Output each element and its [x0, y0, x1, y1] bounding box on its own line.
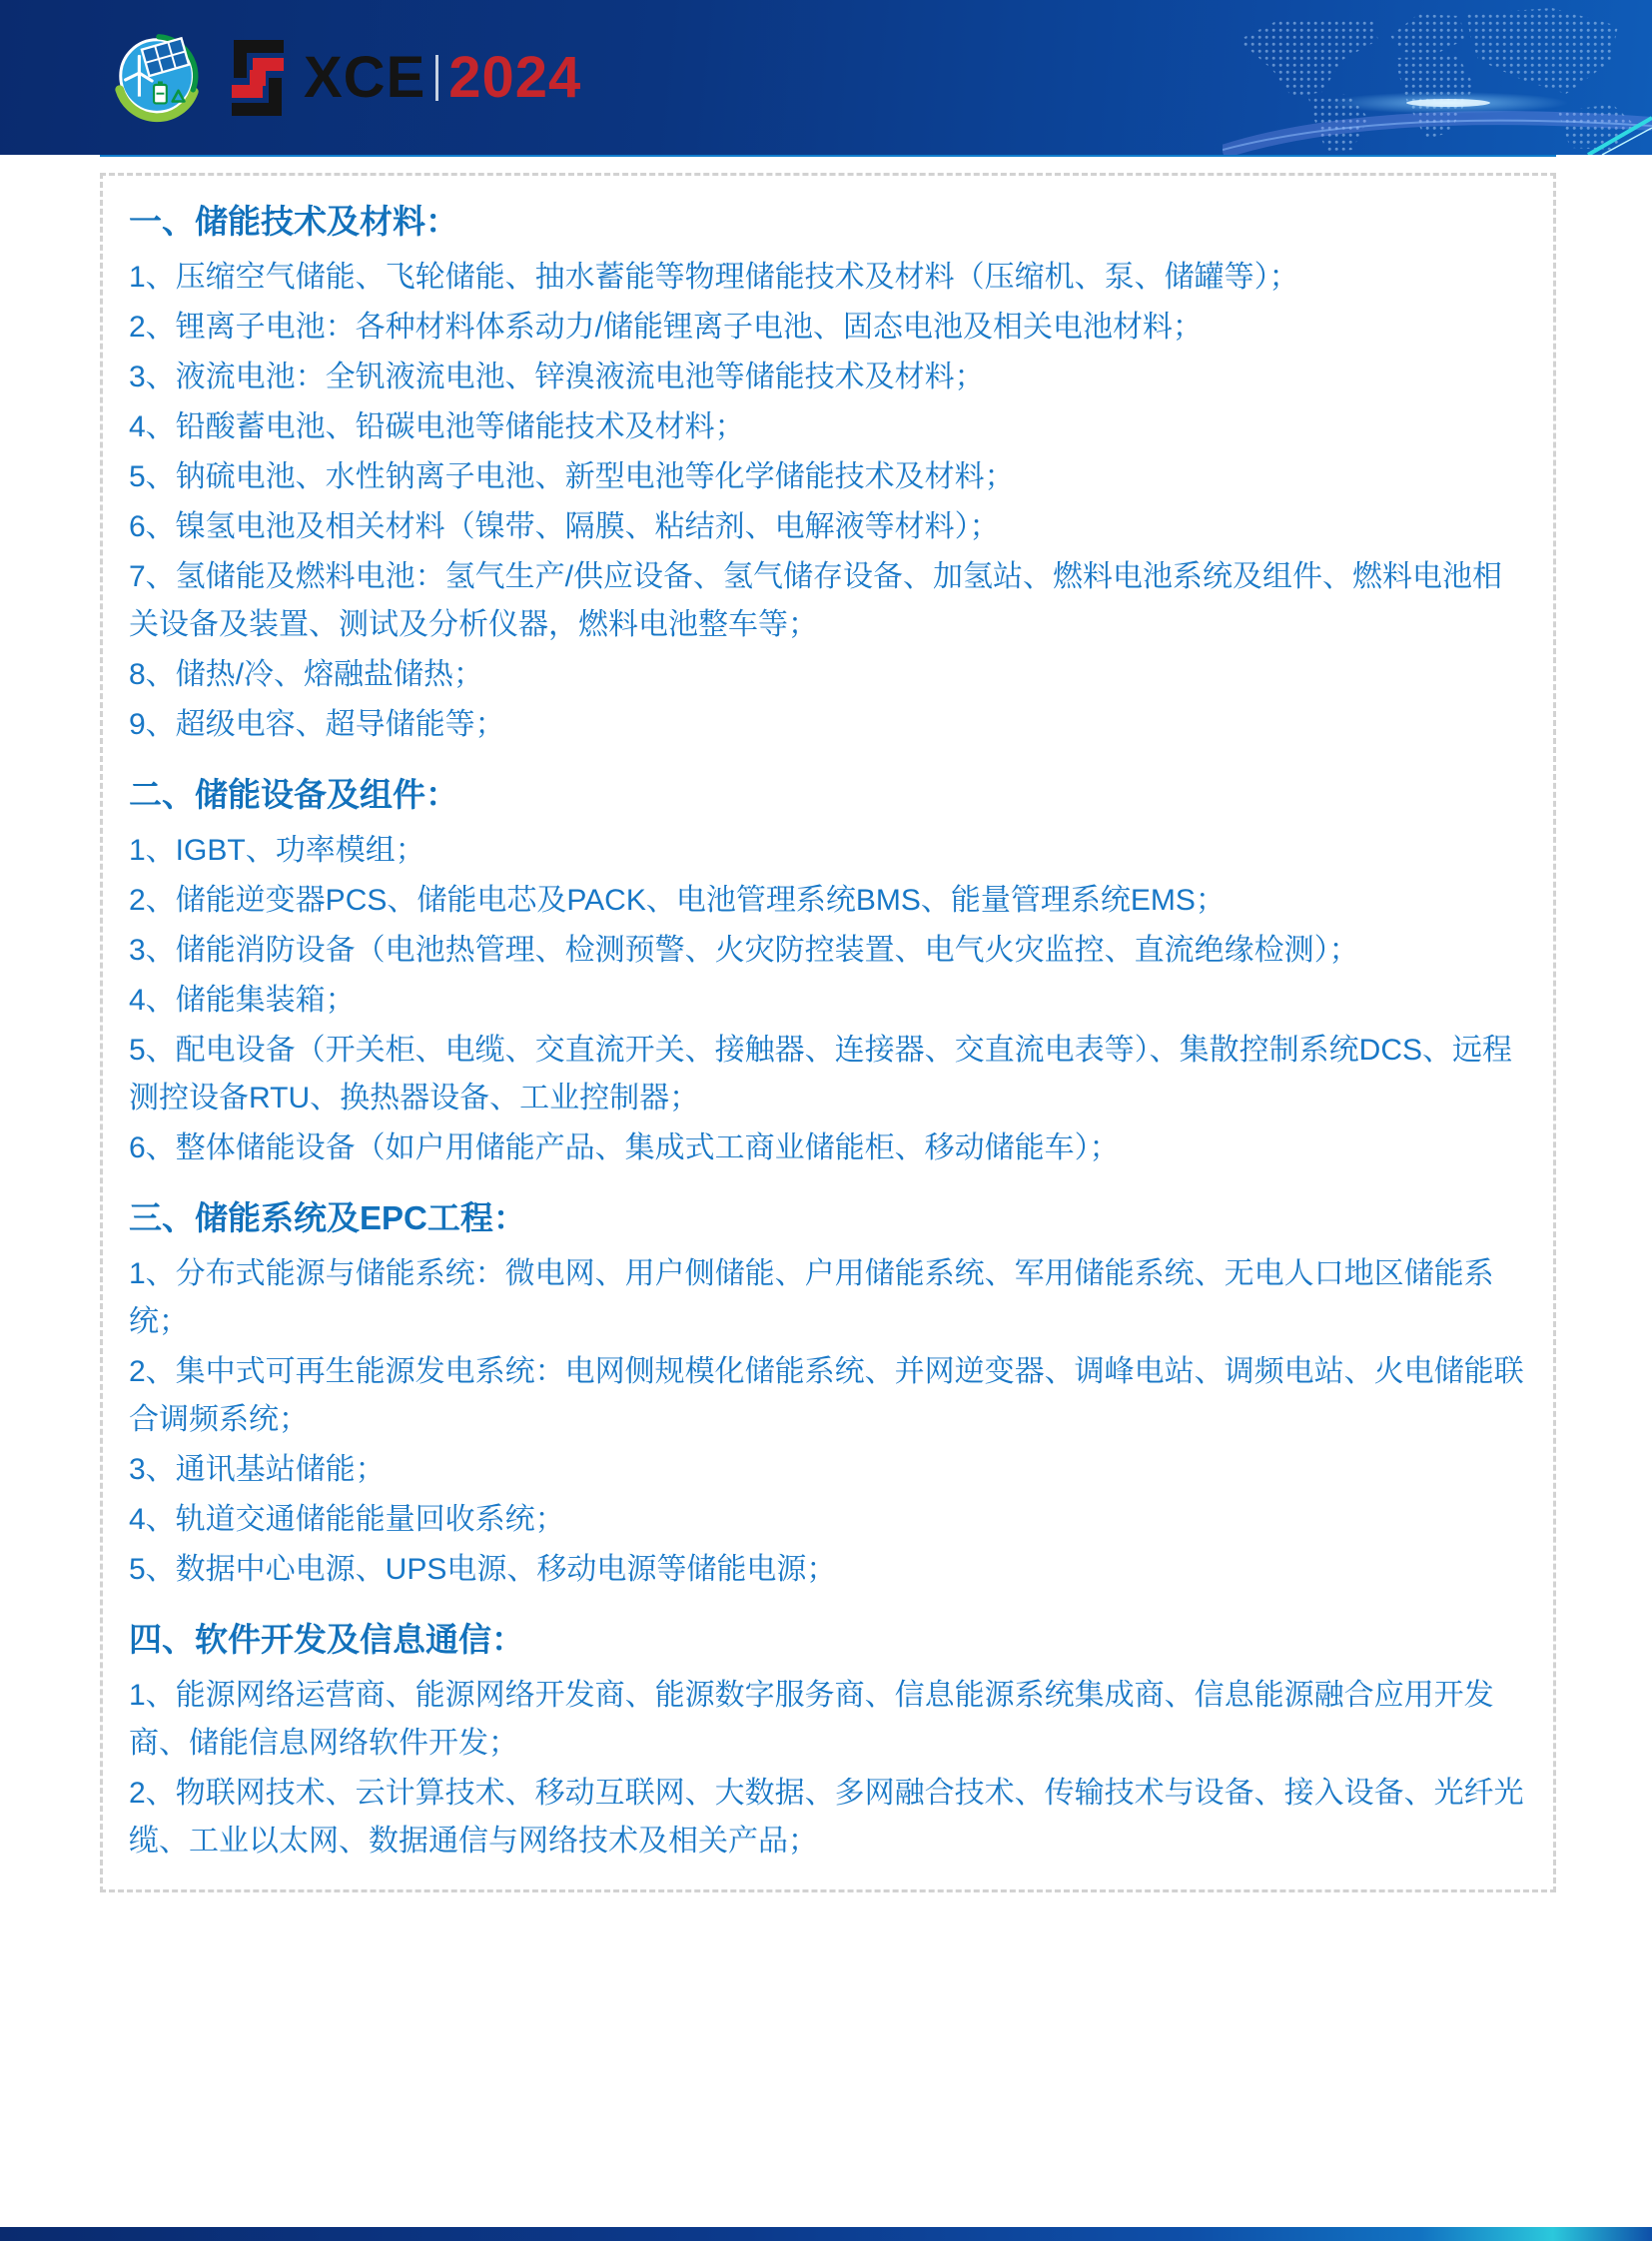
section-heading: 三、储能系统及EPC工程：	[129, 1194, 1527, 1242]
event-logo: XCE 2024	[108, 0, 581, 155]
exhibit-item: 4、铅酸蓄电池、铅碳电池等储能技术及材料；	[129, 403, 1527, 451]
world-map-graphic	[1223, 0, 1652, 155]
exhibit-item: 2、集中式可再生能源发电系统：电网侧规模化储能系统、并网逆变器、调峰电站、调频电…	[129, 1348, 1527, 1444]
section-heading: 二、储能设备及组件：	[129, 771, 1527, 819]
brand-lockup: XCE 2024	[304, 49, 581, 107]
exhibit-item: 1、分布式能源与储能系统：微电网、用户侧储能、户用储能系统、军用储能系统、无电人…	[129, 1250, 1527, 1346]
section-heading: 四、软件开发及信息通信：	[129, 1616, 1527, 1664]
exhibit-item: 6、整体储能设备（如户用储能产品、集成式工商业储能柜、移动储能车）；	[129, 1124, 1527, 1172]
exhibit-item: 1、压缩空气储能、飞轮储能、抽水蓄能等物理储能技术及材料（压缩机、泵、储罐等）；	[129, 254, 1527, 302]
exhibit-item: 5、钠硫电池、水性钠离子电池、新型电池等化学储能技术及材料；	[129, 453, 1527, 501]
exhibit-item: 2、物联网技术、云计算技术、移动互联网、大数据、多网融合技术、传输技术与设备、接…	[129, 1770, 1527, 1866]
exhibit-item: 5、配电设备（开关柜、电缆、交直流开关、接触器、连接器、交直流电表等）、集散控制…	[129, 1027, 1527, 1122]
brand-year: 2024	[448, 49, 581, 107]
brand-divider	[435, 55, 438, 101]
exhibit-item: 4、轨道交通储能能量回收系统；	[129, 1496, 1527, 1544]
xce-s-mark-icon	[226, 38, 290, 118]
page-header: XCE 2024	[0, 0, 1652, 155]
page-body: 展品范围 一、储能技术及材料：1、压缩空气储能、飞轮储能、抽水蓄能等物理储能技术…	[0, 86, 1652, 1892]
exhibit-item: 1、能源网络运营商、能源网络开发商、能源数字服务商、信息能源系统集成商、信息能源…	[129, 1672, 1527, 1768]
exhibit-item: 3、液流电池：全钒液流电池、锌溴液流电池等储能技术及材料；	[129, 354, 1527, 401]
exhibit-item: 1、IGBT、功率模组；	[129, 827, 1527, 875]
exhibit-item: 8、储热/冷、熔融盐储热；	[129, 651, 1527, 699]
page-footer-bar	[0, 2227, 1652, 2241]
exhibit-item: 4、储能集装箱；	[129, 977, 1527, 1025]
exhibit-item: 2、锂离子电池：各种材料体系动力/储能锂离子电池、固态电池及相关电池材料；	[129, 304, 1527, 352]
exhibit-scope-panel: 一、储能技术及材料：1、压缩空气储能、飞轮储能、抽水蓄能等物理储能技术及材料（压…	[100, 173, 1556, 1892]
exhibit-item: 7、氢储能及燃料电池：氢气生产/供应设备、氢气储存设备、加氢站、燃料电池系统及组…	[129, 553, 1527, 649]
exhibit-item: 2、储能逆变器PCS、储能电芯及PACK、电池管理系统BMS、能量管理系统EMS…	[129, 877, 1527, 925]
exhibit-item: 6、镍氢电池及相关材料（镍带、隔膜、粘结剂、电解液等材料）；	[129, 503, 1527, 551]
exhibit-item: 3、储能消防设备（电池热管理、检测预警、火灾防控装置、电气火灾监控、直流绝缘检测…	[129, 927, 1527, 975]
renewables-globe-icon	[108, 29, 206, 127]
section-heading: 一、储能技术及材料：	[129, 198, 1527, 246]
exhibit-item: 5、数据中心电源、UPS电源、移动电源等储能电源；	[129, 1546, 1527, 1594]
exhibit-item: 9、超级电容、超导储能等；	[129, 701, 1527, 749]
brand-xce: XCE	[304, 49, 425, 107]
exhibit-item: 3、通讯基站储能；	[129, 1446, 1527, 1494]
